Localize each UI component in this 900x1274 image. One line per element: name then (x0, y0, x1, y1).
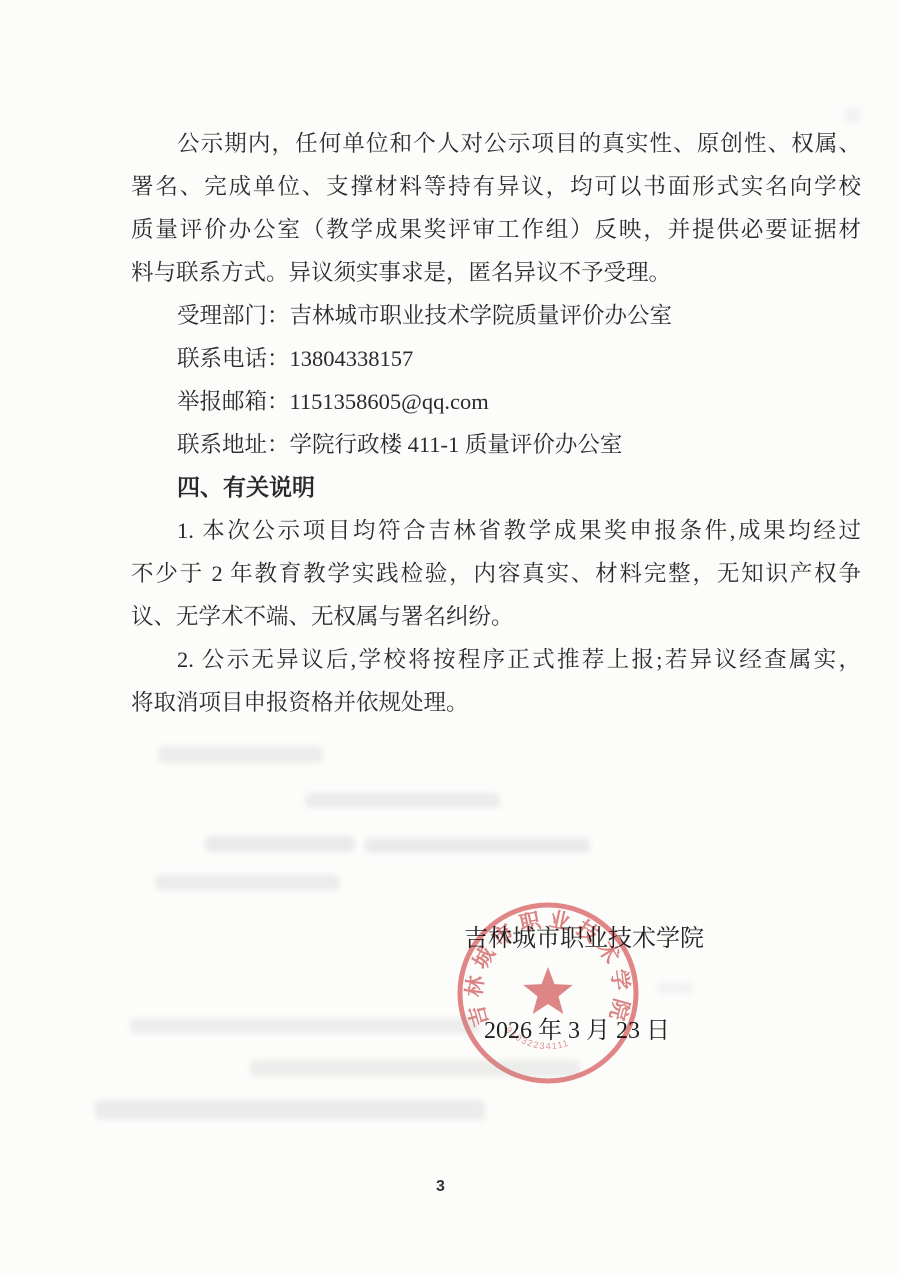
bleedthrough-mark (250, 1060, 580, 1077)
bleedthrough-mark (657, 983, 693, 993)
page-number: 3 (436, 1178, 445, 1196)
scanned-document-page: 公示期内，任何单位和个人对公示项目的真实性、原创性、权属、 署名、完成单位、支撑… (0, 0, 900, 1274)
contact-email: 举报邮箱：1151358605@qq.com (131, 380, 861, 423)
paragraph-objection-line: 署名、完成单位、支撑材料等持有异议，均可以书面形式实名向学校 (131, 165, 861, 208)
bleedthrough-mark (365, 838, 590, 853)
paragraph-objection-line: 公示期内，任何单位和个人对公示项目的真实性、原创性、权属、 (131, 122, 861, 165)
seal-star-icon (523, 967, 572, 1014)
section-item1-line: 1. 本次公示项目均符合吉林省教学成果奖申报条件,成果均经过 (131, 509, 861, 552)
svg-text:91032234111: 91032234111 (504, 1025, 571, 1052)
section-item1-line: 不少于 2 年教育教学实践检验，内容真实、材料完整，无知识产权争 (131, 552, 861, 595)
bleedthrough-mark (158, 746, 323, 763)
section-heading: 四、有关说明 (131, 466, 861, 509)
paragraph-objection-line: 料与联系方式。异议须实事求是，匿名异议不予受理。 (131, 251, 861, 294)
bleedthrough-mark (205, 836, 355, 852)
contact-phone: 联系电话：13804338157 (131, 337, 861, 380)
seal-code-digits: 91032234111 (504, 1025, 571, 1052)
bleedthrough-mark (305, 793, 500, 808)
bleedthrough-mark (845, 108, 861, 122)
bleedthrough-mark (130, 1018, 480, 1034)
section-item1-line: 议、无学术不端、无权属与署名纠纷。 (131, 595, 861, 638)
paragraph-objection-line: 质量评价办公室（教学成果奖评审工作组）反映，并提供必要证据材 (131, 208, 861, 251)
section-item2-line: 2. 公示无异议后,学校将按程序正式推荐上报;若异议经查属实， (131, 638, 861, 681)
bleedthrough-mark (155, 875, 340, 890)
document-body: 公示期内，任何单位和个人对公示项目的真实性、原创性、权属、 署名、完成单位、支撑… (131, 122, 861, 724)
contact-department: 受理部门：吉林城市职业技术学院质量评价办公室 (131, 294, 861, 337)
contact-address: 联系地址：学院行政楼 411-1 质量评价办公室 (131, 423, 861, 466)
bleedthrough-mark (95, 1100, 485, 1120)
section-item2-line: 将取消项目申报资格并依规处理。 (131, 681, 861, 724)
